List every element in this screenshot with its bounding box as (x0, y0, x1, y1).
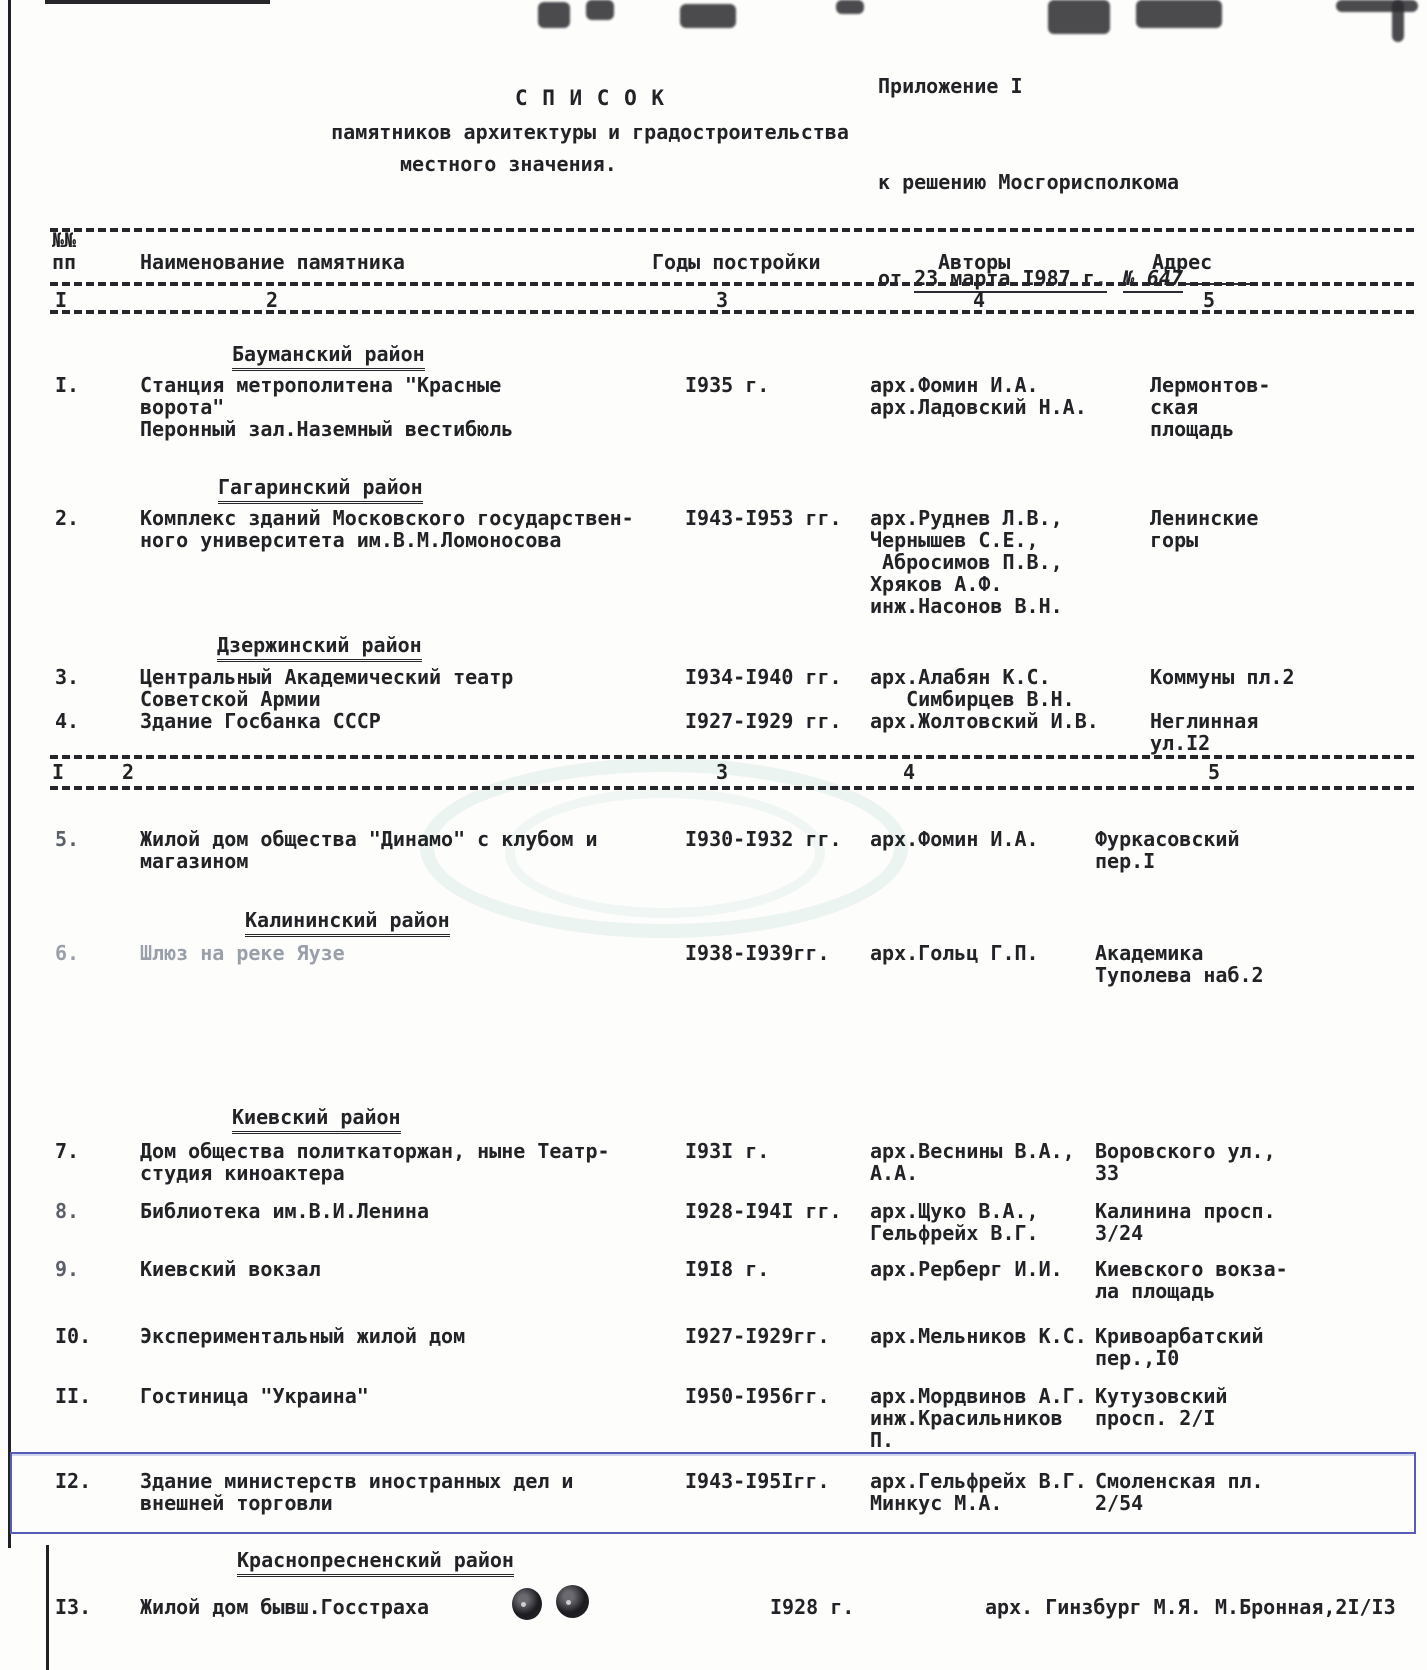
monument-name: Станция метрополитена "Красные ворота" П… (140, 374, 685, 440)
table-row: 2. Комплекс зданий Московского государст… (55, 507, 1417, 617)
address: Воровского ул., 33 (1095, 1140, 1417, 1184)
monument-name: Центральный Академический театр Советско… (140, 666, 685, 710)
row-number: I2. (55, 1470, 140, 1514)
address: Академика Туполева наб.2 (1095, 942, 1417, 986)
district-heading: Калининский район (245, 908, 450, 937)
scanned-document-page: Приложение I к решению Мосгорисполкома о… (0, 0, 1427, 1670)
address: Неглинная ул.I2 (1150, 710, 1417, 754)
scan-artifact (1336, 0, 1418, 12)
table-row-highlighted: I2. Здание министерств иностранных дел и… (55, 1470, 1417, 1514)
scan-artifact (586, 0, 614, 20)
mid-col-number-5: 5 (1208, 760, 1220, 784)
authors: арх.Щуко В.А., Гельфрейх В.Г. (870, 1200, 1095, 1244)
authors: арх.Рерберг И.И. (870, 1258, 1095, 1302)
construction-years: I935 г. (685, 374, 870, 440)
mid-col-number-2: 2 (122, 760, 134, 784)
construction-years: I928-I94I гг. (685, 1200, 870, 1244)
scan-artifact (680, 4, 736, 28)
table-row: 8. Библиотека им.В.И.Ленина I928-I94I гг… (55, 1200, 1417, 1244)
monument-name: Здание Госбанка СССР (140, 710, 685, 754)
appendix-note: Приложение I к решению Мосгорисполкома о… (878, 6, 1253, 358)
address: Кутузовский просп. 2/I (1095, 1385, 1417, 1451)
construction-years: I927-I929гг. (685, 1325, 870, 1369)
address: Смоленская пл. 2/54 (1095, 1470, 1417, 1514)
row-number: 6. (55, 942, 140, 986)
col-number-2: 2 (266, 288, 278, 312)
authors: арх.Алабян К.С. Симбирцев В.Н. (870, 666, 1150, 710)
row-number: I3. (55, 1596, 140, 1618)
table-row: I0. Экспериментальный жилой дом I927-I92… (55, 1325, 1417, 1369)
monument-name: Экспериментальный жилой дом (140, 1325, 685, 1369)
table-rule (50, 228, 1416, 232)
district-heading: Гагаринский район (218, 475, 423, 504)
date-prefix: от (878, 266, 914, 290)
mid-col-number-1: I (52, 760, 64, 784)
col-header-no-bottom: пп (52, 250, 76, 274)
authors: арх.Фомин И.А. (870, 828, 1095, 872)
address: Коммуны пл.2 (1150, 666, 1417, 710)
address: Ленинские горы (1150, 507, 1417, 617)
table-row: 3. Центральный Академический театр Совет… (55, 666, 1417, 710)
document-title: С П И С О К (0, 86, 1180, 110)
table-row: I3. Жилой дом бывш.Госстраха I928 г. арх… (55, 1596, 1417, 1618)
monument-name: Здание министерств иностранных дел и вне… (140, 1470, 685, 1514)
ink-stamp-blob (512, 1588, 542, 1620)
scan-artifact (538, 2, 570, 28)
col-header-years: Годы постройки (652, 250, 821, 274)
authors: арх.Фомин И.А. арх.Ладовский Н.А. (870, 374, 1150, 440)
col-header-address: Адрес (1152, 250, 1212, 274)
col-header-name: Наименование памятника (140, 250, 405, 274)
authors: арх.Мордвинов А.Г. инж.Красильников П. (870, 1385, 1095, 1451)
table-row: 7. Дом общества политкаторжан, ныне Теат… (55, 1140, 1417, 1184)
scan-border-left-lower (46, 1545, 49, 1670)
decision-line: к решению Мосгорисполкома (878, 166, 1253, 198)
construction-years: I93I г. (685, 1140, 870, 1184)
row-number: 5. (55, 828, 140, 872)
monument-name: Шлюз на реке Яузе (140, 942, 685, 986)
scan-artifact (836, 0, 864, 14)
authors: арх. Гинзбург М.Я. (985, 1596, 1215, 1618)
row-number: 7. (55, 1140, 140, 1184)
col-number-1: I (55, 288, 67, 312)
mid-col-number-3: 3 (716, 760, 728, 784)
row-number: 9. (55, 1258, 140, 1302)
scan-border-top (45, 0, 270, 4)
authors: арх.Мельников К.С. (870, 1325, 1095, 1369)
table-rule (50, 786, 1416, 790)
address: Киевского вокза- ла площадь (1095, 1258, 1417, 1302)
col-header-no-top: №№ (52, 228, 76, 252)
table-row: 4. Здание Госбанка СССР I927-I929 гг. ар… (55, 710, 1417, 754)
construction-years: I943-I953 гг. (685, 507, 870, 617)
address: Лермонтов- ская площадь (1150, 374, 1417, 440)
ink-stamp-blob (556, 1585, 589, 1618)
construction-years: I943-I95Iгг. (685, 1470, 870, 1514)
address: Фуркасовский пер.I (1095, 828, 1417, 872)
monument-name: Киевский вокзал (140, 1258, 685, 1302)
document-subtitle: памятников архитектуры и градостроительс… (0, 120, 1180, 144)
construction-years: I928 г. (770, 1596, 985, 1618)
monument-name: Жилой дом общества "Динамо" с клубом и м… (140, 828, 685, 872)
authors: арх.Гельфрейх В.Г. Минкус М.А. (870, 1470, 1095, 1514)
table-row: 6. Шлюз на реке Яузе I938-I939гг. арх.Го… (55, 942, 1417, 986)
monument-name: Жилой дом бывш.Госстраха (140, 1596, 770, 1618)
construction-years: I927-I929 гг. (685, 710, 870, 754)
district-heading: Дзержинский район (217, 633, 422, 662)
authors: арх.Гольц Г.П. (870, 942, 1095, 986)
row-number: 8. (55, 1200, 140, 1244)
table-rule (50, 755, 1416, 759)
monument-name: Дом общества политкаторжан, ныне Театр- … (140, 1140, 685, 1184)
row-number: 2. (55, 507, 140, 617)
construction-years: I950-I956гг. (685, 1385, 870, 1451)
address: Калинина просп. 3/24 (1095, 1200, 1417, 1244)
address: Кривоарбатский пер.,I0 (1095, 1325, 1417, 1369)
address: М.Бронная,2I/I3 (1215, 1596, 1417, 1618)
mid-col-number-4: 4 (903, 760, 915, 784)
district-heading: Бауманский район (232, 342, 425, 371)
monument-name: Гостиница "Украина" (140, 1385, 685, 1451)
authors: арх.Веснины В.А., А.А. (870, 1140, 1095, 1184)
col-number-4: 4 (973, 288, 985, 312)
row-number: I. (55, 374, 140, 440)
table-rule (50, 310, 1416, 314)
construction-years: I938-I939гг. (685, 942, 870, 986)
authors: арх.Руднев Л.В., Чернышев С.Е., Абросимо… (870, 507, 1150, 617)
construction-years: I934-I940 гг. (685, 666, 870, 710)
row-number: II. (55, 1385, 140, 1451)
district-heading: Киевский район (232, 1105, 401, 1134)
scan-artifact (1392, 0, 1404, 42)
construction-years: I930-I932 гг. (685, 828, 870, 872)
table-row: 5. Жилой дом общества "Динамо" с клубом … (55, 828, 1417, 872)
col-number-3: 3 (716, 288, 728, 312)
scan-border-left (8, 0, 11, 1548)
monument-name: Библиотека им.В.И.Ленина (140, 1200, 685, 1244)
row-number: 4. (55, 710, 140, 754)
table-row: 9. Киевский вокзал I9I8 г. арх.Рерберг И… (55, 1258, 1417, 1302)
monument-name: Комплекс зданий Московского государствен… (140, 507, 685, 617)
district-heading: Краснопресненский район (237, 1548, 514, 1577)
authors: арх.Жолтовский И.В. (870, 710, 1150, 754)
row-number: 3. (55, 666, 140, 710)
document-subtitle-2: местного значения. (400, 152, 617, 176)
table-row: I. Станция метрополитена "Красные ворота… (55, 374, 1417, 440)
row-number: I0. (55, 1325, 140, 1369)
col-header-authors: Авторы (938, 250, 1010, 274)
construction-years: I9I8 г. (685, 1258, 870, 1302)
table-row: II. Гостиница "Украина" I950-I956гг. арх… (55, 1385, 1417, 1451)
table-rule (50, 282, 1416, 286)
col-number-5: 5 (1203, 288, 1215, 312)
